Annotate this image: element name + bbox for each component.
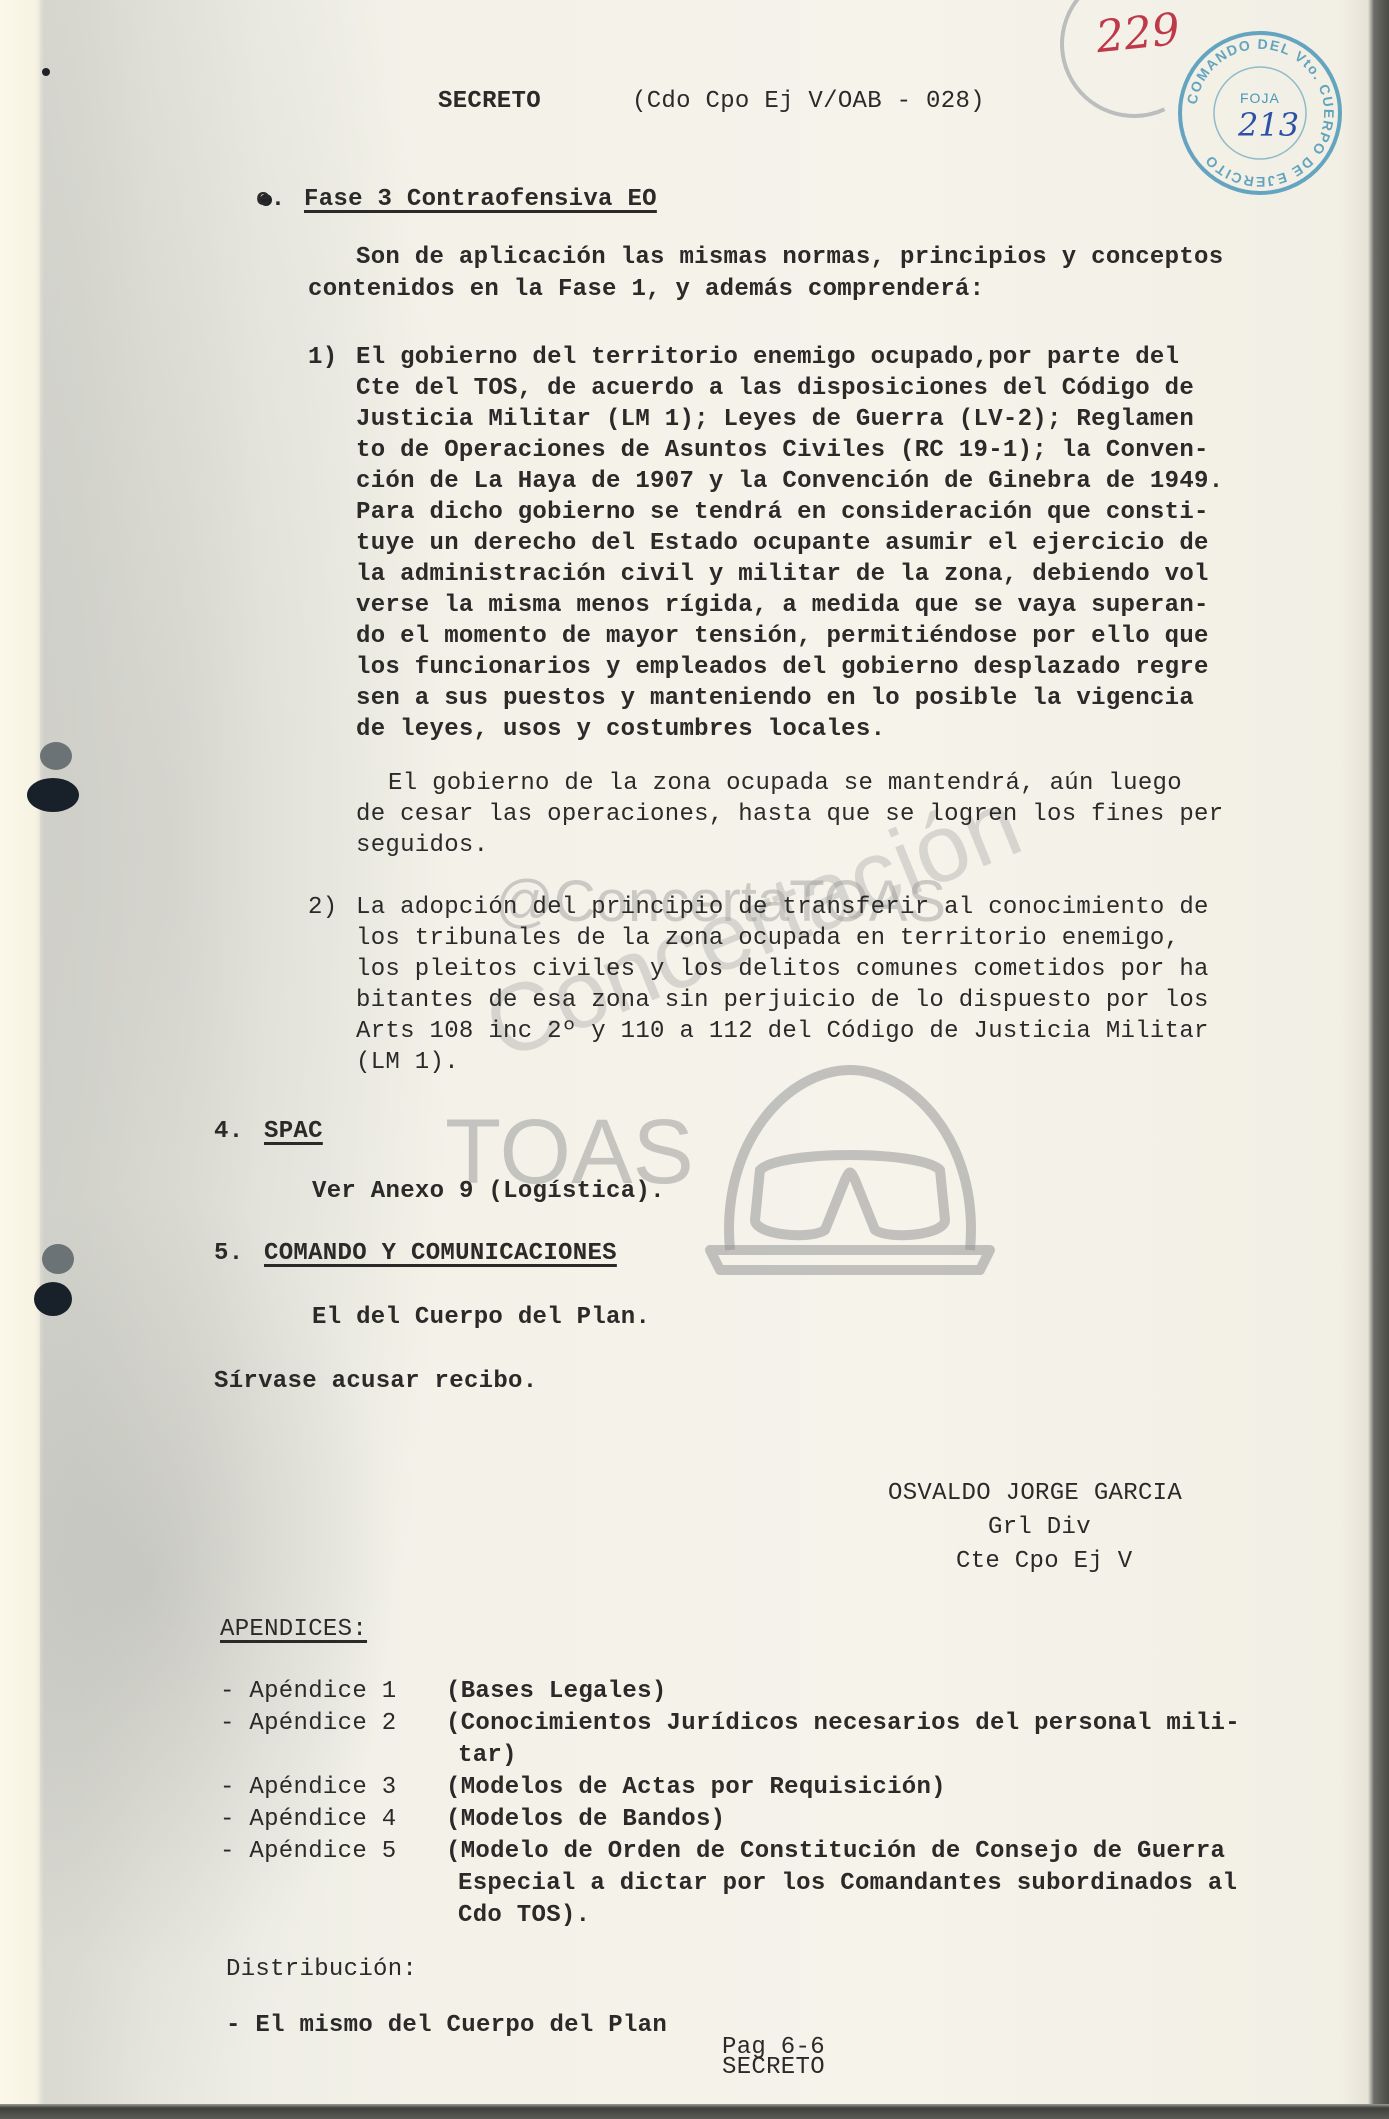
section-5-text: El del Cuerpo del Plan. <box>312 1302 650 1333</box>
appendix-label: - Apéndice 1 <box>220 1676 396 1707</box>
section-5-title: COMANDO Y COMUNICACIONES <box>264 1238 617 1269</box>
section-4-title: SPAC <box>264 1116 323 1147</box>
foja-number: 213 <box>1238 106 1299 144</box>
text-line: sen a sus puestos y manteniendo en lo po… <box>356 683 1194 714</box>
signature-position: Cte Cpo Ej V <box>956 1546 1132 1577</box>
binder-hole <box>27 778 79 812</box>
text-line: La adopción del principio de transferir … <box>356 892 1209 923</box>
appendix-description: (Modelos de Actas por Requisición) <box>446 1772 946 1803</box>
text-line: El gobierno del territorio enemigo ocupa… <box>356 342 1179 373</box>
text-line: la administración civil y militar de la … <box>356 559 1209 590</box>
appendices-title: APENDICES: <box>220 1614 367 1645</box>
text-line: tuye un derecho del Estado ocupante asum… <box>356 528 1209 559</box>
binder-hole-mark <box>42 1244 74 1274</box>
appendix-label: - Apéndice 3 <box>220 1772 396 1803</box>
header-reference: (Cdo Cpo Ej V/OAB - 028) <box>632 86 985 117</box>
signature-rank: Grl Div <box>988 1512 1091 1543</box>
appendix-description: (Modelos de Bandos) <box>446 1804 725 1835</box>
text-line: los pleitos civiles y los delitos comune… <box>356 954 1209 985</box>
speck <box>42 68 50 76</box>
text-line: El gobierno de la zona ocupada se manten… <box>388 768 1182 799</box>
appendix-description: Especial a dictar por los Comandantes su… <box>458 1868 1237 1899</box>
item2-label: 2) <box>308 892 337 923</box>
appendix-label: - Apéndice 2 <box>220 1708 396 1739</box>
appendix-label: - Apéndice 4 <box>220 1804 396 1835</box>
binder-hole <box>34 1282 72 1316</box>
section-5-label: 5. <box>214 1238 243 1269</box>
text-line: los funcionarios y empleados del gobiern… <box>356 652 1209 683</box>
text-line: verse la misma menos rígida, a medida qu… <box>356 590 1209 621</box>
signature-name: OSVALDO JORGE GARCIA <box>888 1478 1182 1509</box>
page-bottom-edge <box>0 2104 1389 2119</box>
section-4-label: 4. <box>214 1116 243 1147</box>
text-line: Cte del TOS, de acuerdo a las disposicio… <box>356 373 1194 404</box>
text-line: Para dicho gobierno se tendrá en conside… <box>356 497 1209 528</box>
foja-label: FOJA <box>1240 90 1280 106</box>
appendix-description: (Modelo de Orden de Constitución de Cons… <box>446 1836 1225 1867</box>
appendix-description: tar) <box>458 1740 517 1771</box>
text-line: de leyes, usos y costumbres locales. <box>356 714 885 745</box>
handwritten-folio-number: 229 <box>1094 4 1183 63</box>
section-4-text: Ver Anexo 9 (Logística). <box>312 1176 665 1207</box>
binder-hole-mark <box>40 742 72 770</box>
text-line: to de Operaciones de Asuntos Civiles (RC… <box>356 435 1209 466</box>
text-line: Justicia Militar (LM 1); Leyes de Guerra… <box>356 404 1194 435</box>
text-line: seguidos. <box>356 830 488 861</box>
helmet-goggles-icon <box>690 1050 1010 1280</box>
appendix-description: (Conocimientos Jurídicos necesarios del … <box>446 1708 1240 1739</box>
text-line: ción de La Haya de 1907 y la Convención … <box>356 466 1223 497</box>
item1-label: 1) <box>308 342 337 373</box>
appendix-description: (Bases Legales) <box>446 1676 667 1707</box>
text-line: de cesar las operaciones, hasta que se l… <box>356 799 1223 830</box>
distribution-item: - El mismo del Cuerpo del Plan <box>226 2010 667 2041</box>
appendix-description: Cdo TOS). <box>458 1900 590 1931</box>
header-classification: SECRETO <box>438 86 541 117</box>
text-line: bitantes de esa zona sin perjuicio de lo… <box>356 985 1209 1016</box>
text-line: los tribunales de la zona ocupada en ter… <box>356 923 1179 954</box>
text-line: do el momento de mayor tensión, permitié… <box>356 621 1209 652</box>
text-line: Arts 108 inc 2º y 110 a 112 del Código d… <box>356 1016 1209 1047</box>
text-line: (LM 1). <box>356 1047 459 1078</box>
closing-line: Sírvase acusar recibo. <box>214 1366 537 1397</box>
section-e-intro-line: contenidos en la Fase 1, y además compre… <box>308 274 984 305</box>
footer-classification: SECRETO <box>722 2056 825 2080</box>
section-e-label: e. <box>256 184 285 215</box>
distribution-title: Distribución: <box>226 1954 417 1985</box>
appendix-label: - Apéndice 5 <box>220 1836 396 1867</box>
section-e-title: Fase 3 Contraofensiva EO <box>304 184 657 215</box>
section-e-intro-line: Son de aplicación las mismas normas, pri… <box>356 242 1223 273</box>
